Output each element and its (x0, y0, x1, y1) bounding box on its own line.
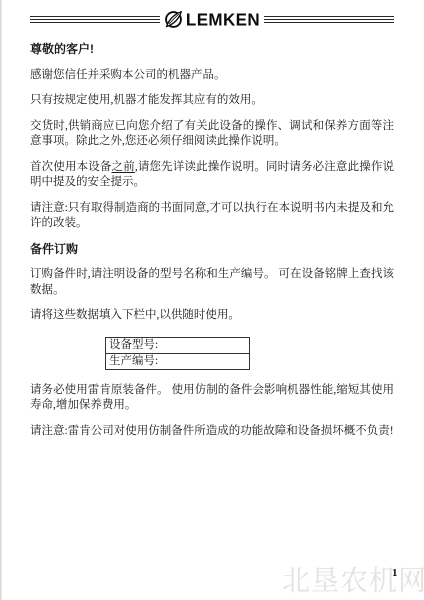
paragraph-first-use: 首次使用本设备之前,请您先详读此操作说明。同时请务必注意此操作说明中提及的安全提… (30, 160, 394, 191)
serial-label-cell: 生产编号: (106, 353, 250, 369)
header-rule-left (30, 16, 160, 23)
table-row-model: 设备型号: (106, 337, 250, 353)
header-rule-right (264, 16, 394, 23)
first-use-pre: 首次使用本设备 (30, 161, 112, 173)
paragraph-thanks: 感谢您信任并采购本公司的机器产品。 (30, 68, 394, 84)
paragraph-order-info: 订购备件时,请注明设备的型号名称和生产编号。 可在设备铭牌上查找该数据。 (30, 267, 394, 298)
lemken-leaf-icon (164, 10, 183, 29)
manual-page: { "header": { "brand": "LEMKEN" }, "cont… (0, 0, 424, 600)
paragraph-original-parts: 请务必使用雷肯原装备件。 使用仿制的备件会影响机器性能,缩短其使用寿命,增加保养… (30, 383, 394, 414)
paragraph-proper-use: 只有按规定使用,机器才能发挥其应有的效用。 (30, 93, 394, 109)
page-header: LEMKEN (30, 8, 394, 30)
paragraph-delivery: 交货时,供销商应已向您介绍了有关此设备的操作、调试和保养方面等注意事项。除此之外… (30, 119, 394, 150)
watermark-text: 北垦农机网 (282, 559, 424, 599)
paragraph-modification-notice: 请注意:只有取得制造商的书面同意,才可以执行在本说明书内未提及和允许的改装。 (30, 201, 394, 232)
document-body: 尊敬的客户! 感谢您信任并采购本公司的机器产品。 只有按规定使用,机器才能发挥其… (30, 42, 394, 439)
model-label-cell: 设备型号: (106, 337, 250, 353)
machine-id-table: 设备型号: 生产编号: (105, 337, 250, 370)
first-use-underlined: 之前 (112, 161, 135, 173)
page-content: LEMKEN 尊敬的客户! 感谢您信任并采购本公司的机器产品。 只有按规定使用,… (0, 0, 424, 439)
brand-wordmark: LEMKEN (186, 10, 260, 28)
paragraph-liability: 请注意:雷肯公司对使用仿制备件所造成的功能故障和设备损坏概不负责! (30, 424, 394, 440)
page-number: 1 (392, 567, 398, 579)
paragraph-fill-in: 请将这些数据填入下栏中,以供随时使用。 (30, 308, 394, 324)
spare-parts-heading: 备件订购 (30, 242, 394, 258)
lemken-logo: LEMKEN (160, 10, 264, 29)
table-row-serial: 生产编号: (106, 353, 250, 369)
greeting-heading: 尊敬的客户! (30, 42, 394, 58)
